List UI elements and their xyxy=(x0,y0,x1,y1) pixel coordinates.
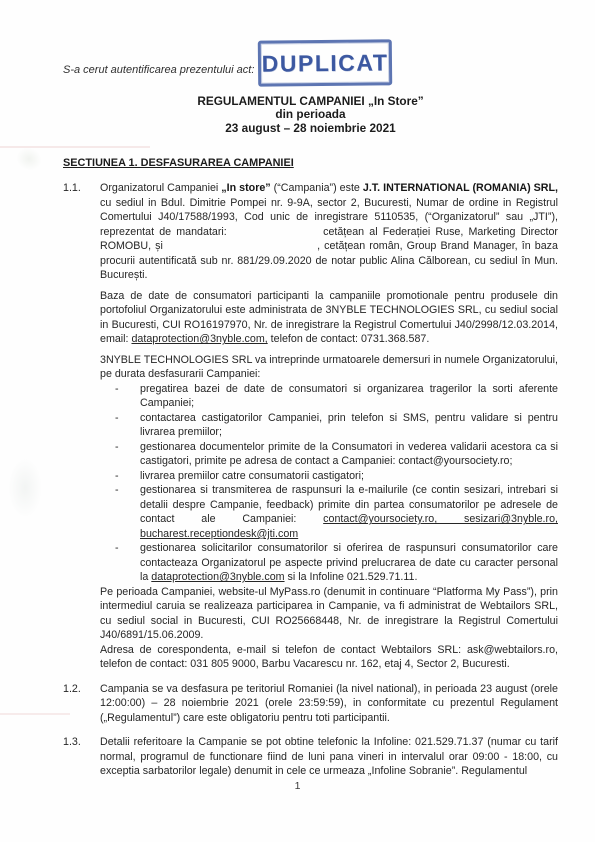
document-title-block: REGULAMENTUL CAMPANIEI „In Store” din pe… xyxy=(63,95,558,136)
scan-streak xyxy=(0,146,150,148)
bullet-text: gestionarea documentelor primite de la C… xyxy=(140,440,558,469)
scan-smudge xyxy=(8,458,42,518)
email-dataprotection: dataprotection@3nyble.com xyxy=(151,571,284,583)
document-subtitle-period: din perioada xyxy=(63,108,558,122)
clause-1-1-body: Organizatorul Campaniei „In store” (“Cam… xyxy=(100,181,558,672)
clause-1-3: 1.3. Detalii referitoare la Campanie se … xyxy=(63,735,558,779)
paragraph-webtailors-contact: Adresa de corespondenta, e-mail si telef… xyxy=(100,643,558,672)
document-title: REGULAMENTUL CAMPANIEI „In Store” xyxy=(63,95,558,109)
text-run: telefon de contact: 0731.368.587. xyxy=(268,333,430,345)
clause-1-2: 1.2. Campania se va desfasura pe teritor… xyxy=(63,682,558,726)
clause-1-2-number: 1.2. xyxy=(63,682,100,726)
bullet-dash: - xyxy=(100,483,140,541)
clause-1-1-number: 1.1. xyxy=(63,181,100,672)
text-run: Organizatorul Campaniei xyxy=(100,182,221,194)
clause-1-3-number: 1.3. xyxy=(63,735,100,779)
email-dataprotection: dataprotection@3nyble.com, xyxy=(131,333,267,345)
bullet-item: - gestionarea si transmiterea de raspuns… xyxy=(100,483,558,541)
bullet-text: gestionarea solicitarilor consumatorilor… xyxy=(140,541,558,585)
text-run-bold: J.T. INTERNATIONAL (ROMANIA) SRL, xyxy=(363,182,558,194)
document-date-range: 23 august – 28 noiembrie 2021 xyxy=(63,122,558,136)
bullet-item: - pregatirea bazei de date de consumator… xyxy=(100,382,558,411)
bullet-item: - gestionarea solicitarilor consumatoril… xyxy=(100,541,558,585)
page-number: 1 xyxy=(0,779,595,794)
text-run: si la Infoline 021.529.71.11. xyxy=(285,571,418,583)
clause-1-1: 1.1. Organizatorul Campaniei „In store” … xyxy=(63,181,558,672)
email-contact-sesizari: contact@yoursociety.ro, sesizari@3nyble.… xyxy=(323,513,558,525)
paragraph-database-admin: Baza de date de consumatori participanti… xyxy=(100,289,558,347)
paragraph-3nyble-intro: 3NYBLE TECHNOLOGIES SRL va intreprinde u… xyxy=(100,353,558,382)
bullet-dash: - xyxy=(100,382,140,411)
section-1-heading: SECTIUNEA 1. DESFASURAREA CAMPANIEI xyxy=(63,156,558,171)
bullet-text: contactarea castigatorilor Campaniei, pr… xyxy=(140,411,558,440)
text-run: , cetățean român, Group Brand Manager, î… xyxy=(100,240,558,281)
bullet-dash: - xyxy=(100,440,140,469)
document-page: DUPLICAT S-a cerut autentificarea prezen… xyxy=(0,0,595,842)
bullet-text: livrarea premiilor catre consumatorii ca… xyxy=(140,469,558,484)
text-run-bold: „In store” xyxy=(221,182,270,194)
bullet-item: - livrarea premiilor catre consumatorii … xyxy=(100,469,558,484)
duplicat-stamp-label: DUPLICAT xyxy=(262,55,389,71)
text-run: (“Campania”) este xyxy=(271,182,363,194)
clause-1-2-body: Campania se va desfasura pe teritoriul R… xyxy=(100,682,558,726)
bullet-item: - contactarea castigatorilor Campaniei, … xyxy=(100,411,558,440)
bullet-text: pregatirea bazei de date de consumatori … xyxy=(140,382,558,411)
bullet-item: - gestionarea documentelor primite de la… xyxy=(100,440,558,469)
email-bucharest-receptiondesk: bucharest.receptiondesk@jti.com xyxy=(140,528,298,540)
paragraph-organizer: Organizatorul Campaniei „In store” (“Cam… xyxy=(100,181,558,283)
bullet-text: gestionarea si transmiterea de raspunsur… xyxy=(140,483,558,541)
bullet-dash: - xyxy=(100,411,140,440)
bullet-list: - pregatirea bazei de date de consumator… xyxy=(100,382,558,585)
scan-streak xyxy=(0,713,70,715)
paragraph-mypass-platform: Pe perioada Campaniei, website-ul MyPass… xyxy=(100,585,558,643)
duplicat-stamp: DUPLICAT xyxy=(258,39,392,86)
clause-1-3-body: Detalii referitoare la Campanie se pot o… xyxy=(100,735,558,779)
bullet-dash: - xyxy=(100,469,140,484)
bullet-dash: - xyxy=(100,541,140,585)
